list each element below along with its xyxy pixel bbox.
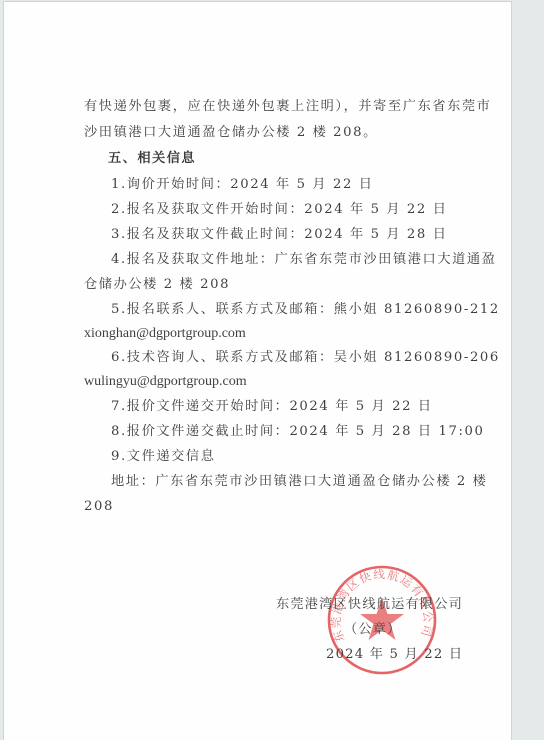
submission-address: 地址：广东省东莞市沙田镇港口大道通盈仓储办公楼 2 楼	[111, 474, 487, 490]
contact-email-xionghan: xionghan@dgportgroup.com	[84, 326, 246, 342]
body-text-line: 有快递外包裹，应在快递外包裹上注明），并寄至广东省东莞市	[84, 99, 491, 115]
info-item-2: 2.报名及获取文件开始时间：2024 年 5 月 22 日	[111, 202, 448, 218]
seal-label: （公章）	[344, 622, 402, 638]
info-item-1: 1.询价开始时间：2024 年 5 月 22 日	[111, 177, 374, 193]
contact-email-wulingyu: wulingyu@dgportgroup.com	[84, 374, 247, 390]
info-item-8: 8.报价文件递交截止时间：2024 年 5 月 28 日 17:00	[111, 424, 485, 440]
info-item-6: 6.技术咨询人、联系方式及邮箱：吴小姐 81260890-206	[111, 350, 500, 366]
info-item-4: 4.报名及获取文件地址：广东省东莞市沙田镇港口大道通盈	[111, 252, 496, 268]
section-heading: 五、相关信息	[108, 151, 196, 167]
info-item-3: 3.报名及获取文件截止时间：2024 年 5 月 28 日	[111, 227, 448, 243]
info-item-9: 9.文件递交信息	[111, 449, 216, 465]
company-name: 东莞港湾区快线航运有限公司	[276, 597, 463, 613]
info-item-4-continuation: 仓储办公楼 2 楼 208	[84, 277, 230, 293]
document-page: 有快递外包裹，应在快递外包裹上注明），并寄至广东省东莞市 沙田镇港口大道通盈仓储…	[3, 1, 512, 740]
submission-address-continuation: 208	[84, 499, 114, 515]
info-item-7: 7.报价文件递交开始时间：2024 年 5 月 22 日	[111, 399, 433, 415]
info-item-5: 5.报名联系人、联系方式及邮箱：熊小姐 81260890-212	[111, 302, 500, 318]
signature-date: 2024 年 5 月 22 日	[326, 647, 463, 663]
body-text-line: 沙田镇港口大道通盈仓储办公楼 2 楼 208。	[84, 125, 378, 141]
